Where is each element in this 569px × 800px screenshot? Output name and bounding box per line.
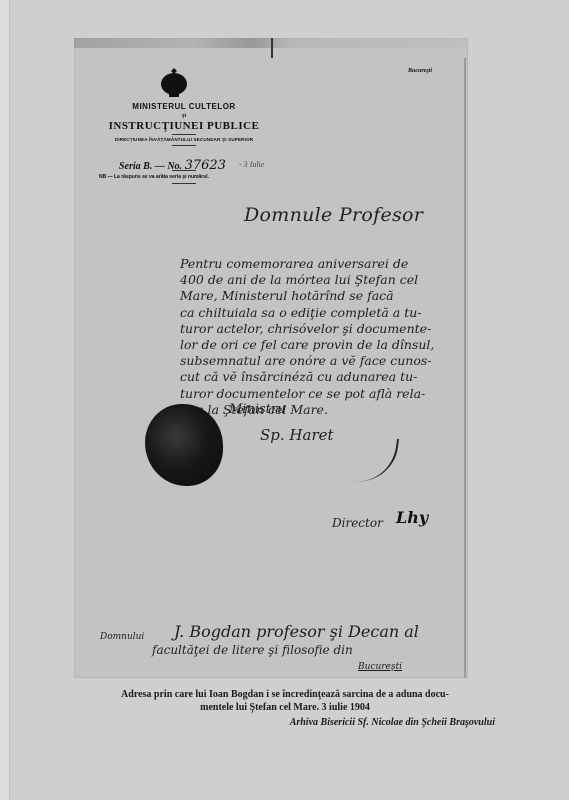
caption-line-2: mentele lui Ştefan cel Mare. 3 iulie 190…	[60, 701, 510, 714]
salutation: Domnule Profesor	[244, 204, 423, 226]
directorate-name: DIRECŢIUNEA ÎNVĂŢĂMÂNTULUI SECUNDAR ŞI S…	[74, 137, 294, 142]
minister-signature: Sp. Haret	[260, 426, 334, 444]
wax-seal-icon	[145, 404, 223, 486]
nb-note: NB — La răspuns se va arăta seria şi num…	[99, 174, 209, 180]
ministry-conjunction: şi	[74, 113, 294, 119]
header-rule	[172, 134, 196, 135]
header-rule	[172, 170, 196, 171]
body-line: turor actelor, chrisóvelor şi documente-	[180, 321, 468, 337]
header-rule	[172, 183, 196, 184]
address-label: Domnului	[100, 632, 144, 642]
ministry-name-line1: MINISTERUL CULTELOR	[74, 102, 294, 111]
header-rule	[172, 145, 196, 146]
body-line: cut că vĕ însărcinéză cu adunarea tu-	[180, 369, 468, 385]
city-header: Bucureşti	[408, 68, 432, 74]
body-line: subsemnatul are onóre a vĕ face cunos-	[180, 353, 468, 369]
letter-body: Pentru comemorarea aniversarei de 400 de…	[180, 256, 468, 418]
body-line: tive la Ştefan cel Mare.	[180, 402, 468, 418]
caption-line-1: Adresa prin care lui Ioan Bogdan i se în…	[60, 688, 510, 701]
body-line: turor documentelor ce se pot aflà rela-	[180, 386, 468, 402]
serie-date-stamp: - 3 Iulie	[239, 160, 264, 169]
minister-label: Ministru	[229, 402, 285, 417]
body-line: ca chiltuiala sa o ediţie completă a tu-	[180, 305, 468, 321]
address-city: Bucureşti	[358, 662, 402, 672]
page-binding-edge	[0, 0, 10, 800]
body-line: 400 de ani de la mórtea lui Ştefan cel	[180, 272, 468, 288]
document-photograph: MINISTERUL CULTELOR şi INSTRUCŢIUNEI PUB…	[74, 38, 468, 678]
paper-fold-mark	[271, 38, 273, 58]
body-line: Pentru comemorarea aniversarei de	[180, 256, 468, 272]
body-line: Mare, Ministerul hotărînd se facă	[180, 288, 468, 304]
body-line: lor de ori ce fel care provin de la dîns…	[180, 337, 468, 353]
figure-caption: Adresa prin care lui Ioan Bogdan i se în…	[60, 688, 510, 714]
director-label: Director	[332, 516, 383, 530]
royal-crown-crest-icon	[158, 66, 190, 98]
address-line-1: J. Bogdan profesor şi Decan al	[174, 622, 419, 641]
address-line-2: facultăţei de litere şi filosofie din	[152, 643, 353, 657]
source-credit: Arhiva Bisericii Sf. Nicolae din Şcheii …	[290, 717, 495, 728]
signature-flourish	[351, 433, 399, 486]
ministry-name-line2: INSTRUCŢIUNEI PUBLICE	[74, 120, 294, 132]
director-signature: Lhy	[396, 508, 428, 527]
